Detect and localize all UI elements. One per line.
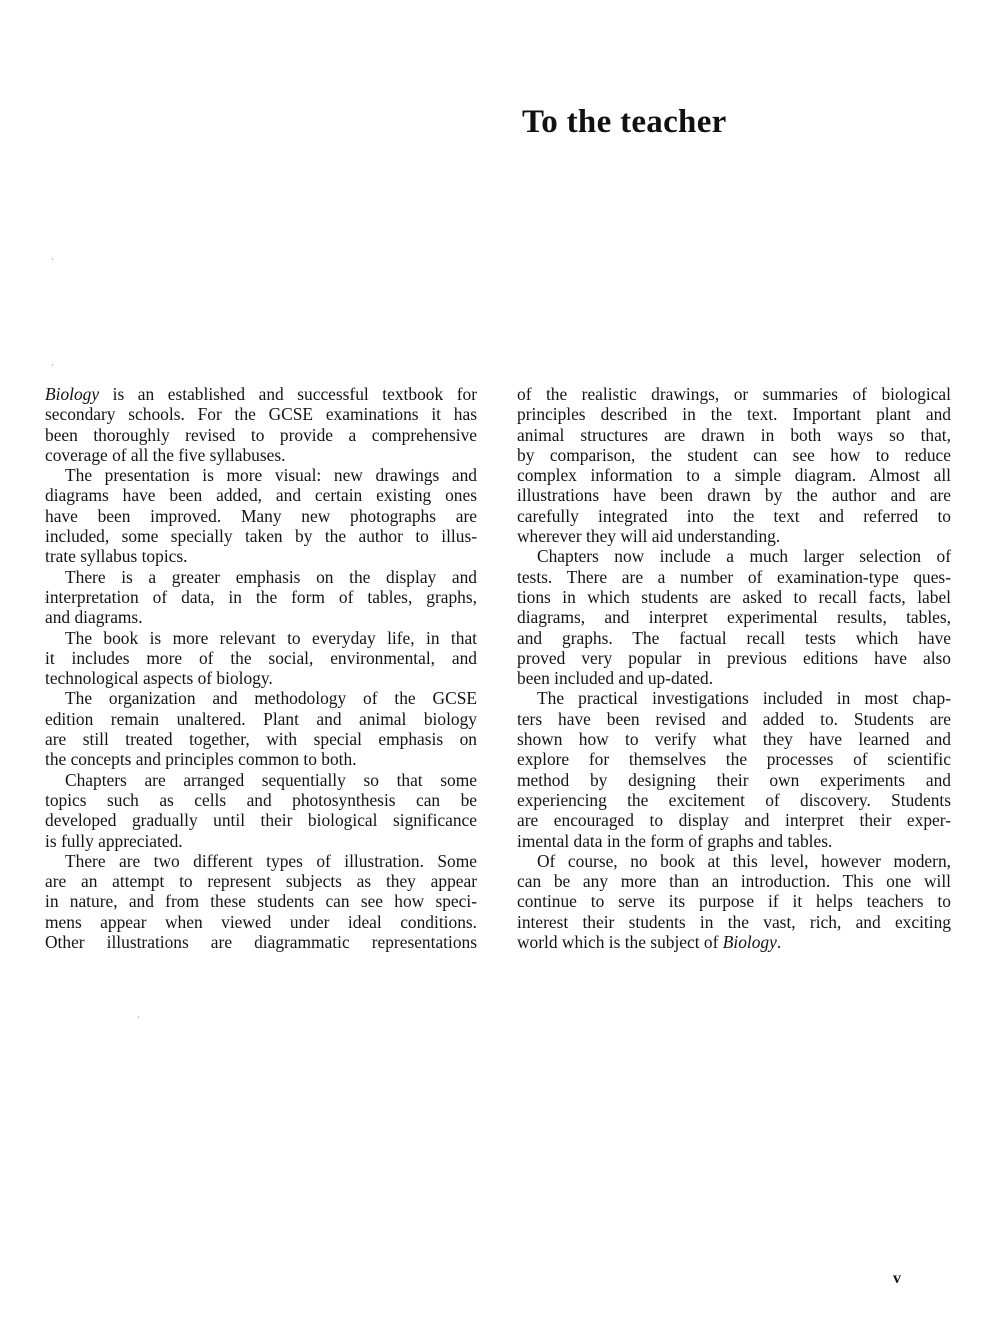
scan-speck <box>45 598 46 600</box>
scan-speck <box>52 258 53 260</box>
text-line: have been improved. Many new photographs… <box>45 506 477 526</box>
text-line: been included and up-dated. <box>517 668 951 688</box>
text-line: is fully appreciated. <box>45 831 477 851</box>
text-line: The book is more relevant to everyday li… <box>45 628 477 648</box>
text-line: There is a greater emphasis on the displ… <box>45 567 477 587</box>
text-line: continue to serve its purpose if it help… <box>517 891 951 911</box>
text-line: complex information to a simple diagram.… <box>517 465 951 485</box>
book-title-italic: Biology <box>45 384 99 404</box>
text-line: shown how to verify what they have learn… <box>517 729 951 749</box>
text-line: by comparison, the student can see how t… <box>517 445 951 465</box>
text-line: are still treated together, with special… <box>45 729 477 749</box>
text-line: and graphs. The factual recall tests whi… <box>517 628 951 648</box>
text-line: are an attempt to represent subjects as … <box>45 871 477 891</box>
scan-speck <box>52 364 53 366</box>
text-line: developed gradually until their biologic… <box>45 810 477 830</box>
text-line: included, some specially taken by the au… <box>45 526 477 546</box>
text-line: wherever they will aid understanding. <box>517 526 951 546</box>
text-line: can be any more than an introduction. Th… <box>517 871 951 891</box>
text-line: tests. There are a number of examination… <box>517 567 951 587</box>
page-number: v <box>893 1270 901 1288</box>
text-line: world which is the subject of Biology. <box>517 932 951 952</box>
text-line: diagrams, and interpret experimental res… <box>517 607 951 627</box>
text-line: Of course, no book at this level, howeve… <box>517 851 951 871</box>
text-line: principles described in the text. Import… <box>517 404 951 424</box>
text-line: method by designing their own experiment… <box>517 770 951 790</box>
text-line: Chapters are arranged sequentially so th… <box>45 770 477 790</box>
text-line: technological aspects of biology. <box>45 668 477 688</box>
text-line: topics such as cells and photosynthesis … <box>45 790 477 810</box>
text-line: experiencing the excitement of discovery… <box>517 790 951 810</box>
text-line: The presentation is more visual: new dra… <box>45 465 477 485</box>
text-line: coverage of all the five syllabuses. <box>45 445 477 465</box>
right-text-column: of the realistic drawings, or summaries … <box>517 384 951 952</box>
text-line: secondary schools. For the GCSE examinat… <box>45 404 477 424</box>
text-line: in nature, and from these students can s… <box>45 891 477 911</box>
text-line: interest their students in the vast, ric… <box>517 912 951 932</box>
text-line: proved very popular in previous editions… <box>517 648 951 668</box>
text-line: illustrations have been drawn by the aut… <box>517 485 951 505</box>
text-line: interpretation of data, in the form of t… <box>45 587 477 607</box>
text-line: diagrams have been added, and certain ex… <box>45 485 477 505</box>
text-line: edition remain unaltered. Plant and anim… <box>45 709 477 729</box>
left-text-column: Biology is an established and successful… <box>45 384 477 952</box>
book-title-italic: Biology <box>723 932 777 952</box>
text-line: ters have been revised and added to. Stu… <box>517 709 951 729</box>
text-line: been thoroughly revised to provide a com… <box>45 425 477 445</box>
page-title: To the teacher <box>522 100 727 144</box>
text-line: mens appear when viewed under ideal cond… <box>45 912 477 932</box>
text-line: Chapters now include a much larger selec… <box>517 546 951 566</box>
text-line: animal structures are drawn in both ways… <box>517 425 951 445</box>
text-line: and diagrams. <box>45 607 477 627</box>
text-line: are encouraged to display and interpret … <box>517 810 951 830</box>
text-line: it includes more of the social, environm… <box>45 648 477 668</box>
text-line: The practical investigations included in… <box>517 688 951 708</box>
text-line: carefully integrated into the text and r… <box>517 506 951 526</box>
scan-speck <box>138 1016 139 1018</box>
text-line: The organization and methodology of the … <box>45 688 477 708</box>
text-line: Other illustrations are diagrammatic rep… <box>45 932 477 952</box>
text-line: explore for themselves the processes of … <box>517 749 951 769</box>
text-line: There are two different types of illustr… <box>45 851 477 871</box>
text-line: tions in which students are asked to rec… <box>517 587 951 607</box>
text-line: of the realistic drawings, or summaries … <box>517 384 951 404</box>
text-line: Biology is an established and successful… <box>45 384 477 404</box>
text-line: the concepts and principles common to bo… <box>45 749 477 769</box>
text-line: trate syllabus topics. <box>45 546 477 566</box>
text-line: imental data in the form of graphs and t… <box>517 831 951 851</box>
